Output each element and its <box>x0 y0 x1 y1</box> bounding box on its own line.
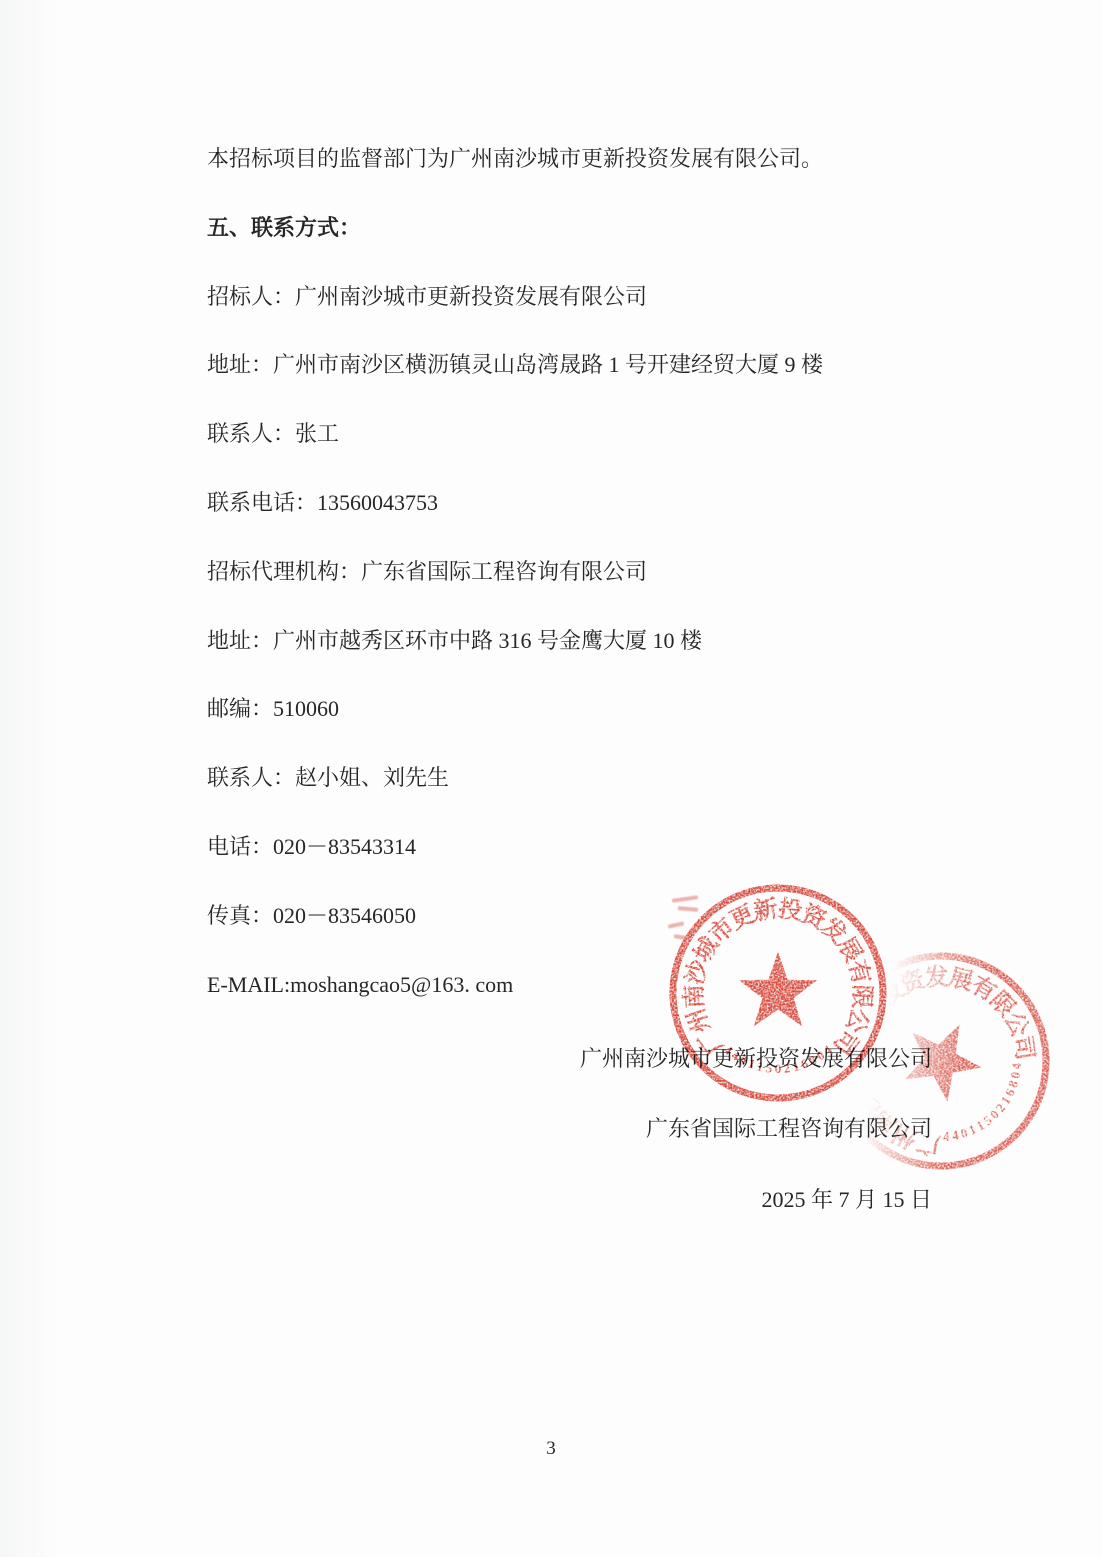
svg-text:1: 1 <box>974 1117 987 1133</box>
body-text: 本招标项目的监督部门为广州南沙城市更新投资发展有限公司。 五、联系方式： 招标人… <box>207 147 927 1041</box>
contact-line-2: 联系人：张工 <box>207 422 927 445</box>
signature-agency: 广东省国际工程咨询有限公司 <box>646 1112 932 1143</box>
svg-text:发: 发 <box>924 963 949 992</box>
contact-line-10: E-MAIL:moshangcao5@163. com <box>207 973 927 996</box>
signature-tenderer: 广州南沙城市更新投资发展有限公司 <box>580 1042 932 1073</box>
svg-text:4: 4 <box>943 1129 951 1144</box>
contact-line-3: 联系电话：13560043753 <box>207 491 927 514</box>
contact-line-5: 地址：广州市越秀区环市中路 316 号金鹰大厦 10 楼 <box>207 629 927 652</box>
svg-text:0: 0 <box>987 1107 1002 1122</box>
svg-text:4: 4 <box>951 1127 961 1143</box>
svg-text:4: 4 <box>1009 1062 1024 1070</box>
contact-line-7: 联系人：赵小姐、刘先生 <box>207 766 927 789</box>
supervision-statement: 本招标项目的监督部门为广州南沙城市更新投资发展有限公司。 <box>207 147 927 170</box>
svg-text:公: 公 <box>999 1008 1033 1041</box>
svg-text:0: 0 <box>1007 1071 1023 1080</box>
svg-text:5: 5 <box>980 1112 995 1128</box>
svg-text:限: 限 <box>984 987 1020 1023</box>
contact-line-8: 电话：020－83543314 <box>207 835 927 858</box>
svg-text:6: 6 <box>1002 1086 1019 1099</box>
page-number: 3 <box>0 1438 1102 1460</box>
svg-text:8: 8 <box>1005 1078 1021 1089</box>
contact-line-1: 地址：广州市南沙区横沥镇灵山岛湾晟路 1 号开建经贸大厦 9 楼 <box>207 353 927 376</box>
contact-line-9: 传真：020－83546050 <box>207 904 927 927</box>
svg-text:2: 2 <box>992 1100 1008 1114</box>
svg-text:1: 1 <box>966 1122 978 1138</box>
svg-text:1: 1 <box>997 1094 1013 1107</box>
svg-text:0: 0 <box>959 1125 970 1141</box>
document-page: 本招标项目的监督部门为广州南沙城市更新投资发展有限公司。 五、联系方式： 招标人… <box>0 0 1102 1557</box>
svg-text:展: 展 <box>946 964 976 996</box>
contact-line-4: 招标代理机构：广东省国际工程咨询有限公司 <box>207 560 927 583</box>
contact-line-6: 邮编：510060 <box>207 697 927 720</box>
svg-text:有: 有 <box>966 971 1001 1007</box>
svg-text:司: 司 <box>1008 1034 1038 1062</box>
section-heading-contact: 五、联系方式： <box>207 216 927 239</box>
contact-line-0: 招标人：广州南沙城市更新投资发展有限公司 <box>207 285 927 308</box>
signature-date: 2025 年 7 月 15 日 <box>761 1183 932 1214</box>
scan-edge-shading <box>0 0 60 1557</box>
